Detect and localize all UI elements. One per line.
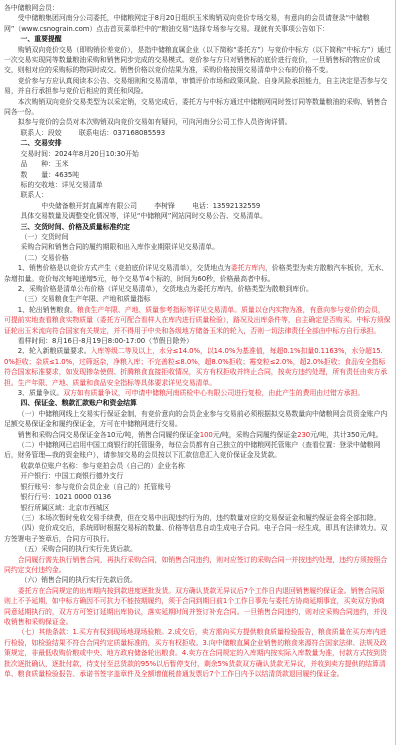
bank-code: 银行行号：1021 0000 0136 bbox=[4, 492, 391, 502]
s1-paragraph-3: 本次购销双向竞价交易类型为以采定销，交易完成后，委托方与中标方通过中储粮网同时签… bbox=[4, 97, 391, 118]
s1-contact-line: 联系人：段姣联系电话：037168085593 bbox=[4, 128, 391, 138]
contact-person: 联系人：段姣 bbox=[21, 129, 62, 137]
greeting: 各中储粮网会员： bbox=[4, 3, 391, 13]
s4-paragraph-6-text: 合同履行需先执行销售合同，再执行采购合同，如销售合同违约，则对应签订的采购合同一… bbox=[4, 555, 391, 576]
account-number: 银行账号：参与竞价会员企业（自己的）托管账号 bbox=[4, 482, 391, 492]
company-tel: 电话：13592132559 bbox=[192, 202, 260, 210]
bank-name: 开户银行：中国工商银行德外支行 bbox=[4, 471, 391, 481]
s1-paragraph-1: 购销双向竞价交易（即购销价差竞价），是指中储粮直属企业（以下简称“委托方”）与竞… bbox=[4, 45, 391, 76]
sale-deposit-amount: 100 bbox=[200, 431, 213, 439]
s4-paragraph-6-title: （五）采购合同的执行实行先货后款。 bbox=[4, 544, 391, 554]
purchase-deposit-amount: 230 bbox=[297, 431, 310, 439]
s3-sub1-text: 采购合同和销售合同的履约期限和出入库作业期限详见交易清单。 bbox=[4, 242, 391, 252]
s3-sub3: （三）交易粮食生产年限、产地和质量指标 bbox=[4, 294, 391, 304]
section-3-title: 三、交货时间、价格及质量标准约定 bbox=[4, 222, 391, 232]
quality-item-2: 2、轮入新粮质量要求。入库等级二等及以上，水分≤14.0%，以14.0%为基准值… bbox=[4, 346, 391, 388]
s4-paragraph-7-text: 委托方在合同规定的出库期内按到款进度逐批发货。双方确认货款无异议后7个工作日内退… bbox=[4, 586, 391, 628]
s1-paragraph-2: 竞价参与方应认真阅读本公告、交易细则和交易清单，审慎评价市场和政策风险、自身风险… bbox=[4, 76, 391, 97]
s4-paragraph-7-title: （六）销售合同的执行实行先款后货。 bbox=[4, 575, 391, 585]
s4-paragraph-4: （三）本场次暂时免收交易手续费，但在交易中出现违约行为的，违约数量对应的交易保证… bbox=[4, 513, 391, 523]
company-name: 中央储备粮开封直属库有限公司 bbox=[41, 202, 137, 210]
contact-phone: 联系电话：037168085593 bbox=[79, 129, 165, 137]
s4-paragraph-8-text: （七）其他条款：1.买方有权到现场地现场验粮。2.成交后，卖方需向买方提供粮食质… bbox=[4, 627, 391, 679]
section-1-title: 一、重要提醒 bbox=[4, 34, 391, 44]
quality-item-1: 1、轮出销售粮食。粮食生产年限、产地、质量参考指标等详见交易清单。质量以仓内实物… bbox=[4, 305, 391, 336]
delivery-place: 标的交收地：详见交易清单 bbox=[4, 180, 391, 190]
s3-sub1: （一）交货时间 bbox=[4, 232, 391, 242]
quantity-line: 数量：4635吨 bbox=[4, 170, 391, 180]
intro-paragraph: 受中储粮集团河南分公司委托，中储粮网定于8月20日组织玉米购销双向竞价专场交易，… bbox=[4, 13, 391, 34]
view-time: 看样时间：8月16日-8月19日8:00-17:00（节假日除外） bbox=[4, 336, 391, 346]
s1-paragraph-4: 拟参与竞价的会员对本次购销双向竞价交易如有疑问，可向河南分公司工作人员咨询详情。 bbox=[4, 117, 391, 127]
quality-item-3: 3、质量争议。双方如有质量争议，可申请中储粮河南质检中心有限公司进行复检，由此产… bbox=[4, 388, 391, 398]
sale-price-item: 1、销售价格是以竞价方式产生（竞拍底价详见交易清单），交货地点为委托方库内，价格… bbox=[4, 263, 391, 284]
s2-detail: 具体交易数量及调整变化情况等，详见“中储粮网”网站同时交易公告、交易清单。 bbox=[4, 211, 391, 221]
announcement-page: 各中储粮网会员： 受中储粮集团河南分公司委托，中储粮网定于8月20日组织玉米购销… bbox=[0, 0, 396, 745]
s4-paragraph-5: （四）竞价成交后，系统即时根据交易标的数量、价格等信息自动生成电子合同。电子合同… bbox=[4, 523, 391, 544]
section-4-title: 四、保证金、粮款汇款账户和资金结算 bbox=[4, 398, 391, 408]
bank-region: 银行所属区域：北京市西城区 bbox=[4, 503, 391, 513]
company-person: 李树锋 bbox=[154, 202, 175, 210]
variety-line: 品种：玉米 bbox=[4, 159, 391, 169]
company-contact-line: 中央储备粮开封直属库有限公司李树锋电话：13592132559 bbox=[4, 201, 391, 211]
s3-sub2: （二）交易价格 bbox=[4, 253, 391, 263]
highlight-quality-3: 双方如有质量争议，可申请中储粮河南质检中心有限公司进行复检，由此产生的费用由过错… bbox=[63, 389, 364, 397]
deposit-line: 销售和采购合同交易保证金各10元/吨，销售合同履约保证金100元/吨，采购合同履… bbox=[4, 430, 391, 440]
contact-label: 联系人： bbox=[4, 190, 391, 200]
section-2-title: 二、交易安排 bbox=[4, 138, 391, 148]
s4-paragraph-3: （二）中储粮网已启用中国工商银行的托管服务，每位会员都有自己独立的中储粮网托管账… bbox=[4, 440, 391, 461]
purchase-price-item: 2、采购价格是清单公布价格（详见交易清单），交货地点为委托方库内，价格类型为散粮… bbox=[4, 284, 391, 294]
account-name: 收款单位账户名称：参与竞拍会员（自己的）企业名称 bbox=[4, 461, 391, 471]
s4-paragraph-1: （一）中储粮网线上交易实行保证金制，有竞价意向的会员企业参与交易前必须根据拟交易… bbox=[4, 409, 391, 430]
highlight-delivery-place: 委托方库内 bbox=[231, 264, 265, 272]
trade-time: 交易时间：2024年8月20日10:30开始 bbox=[4, 149, 391, 159]
